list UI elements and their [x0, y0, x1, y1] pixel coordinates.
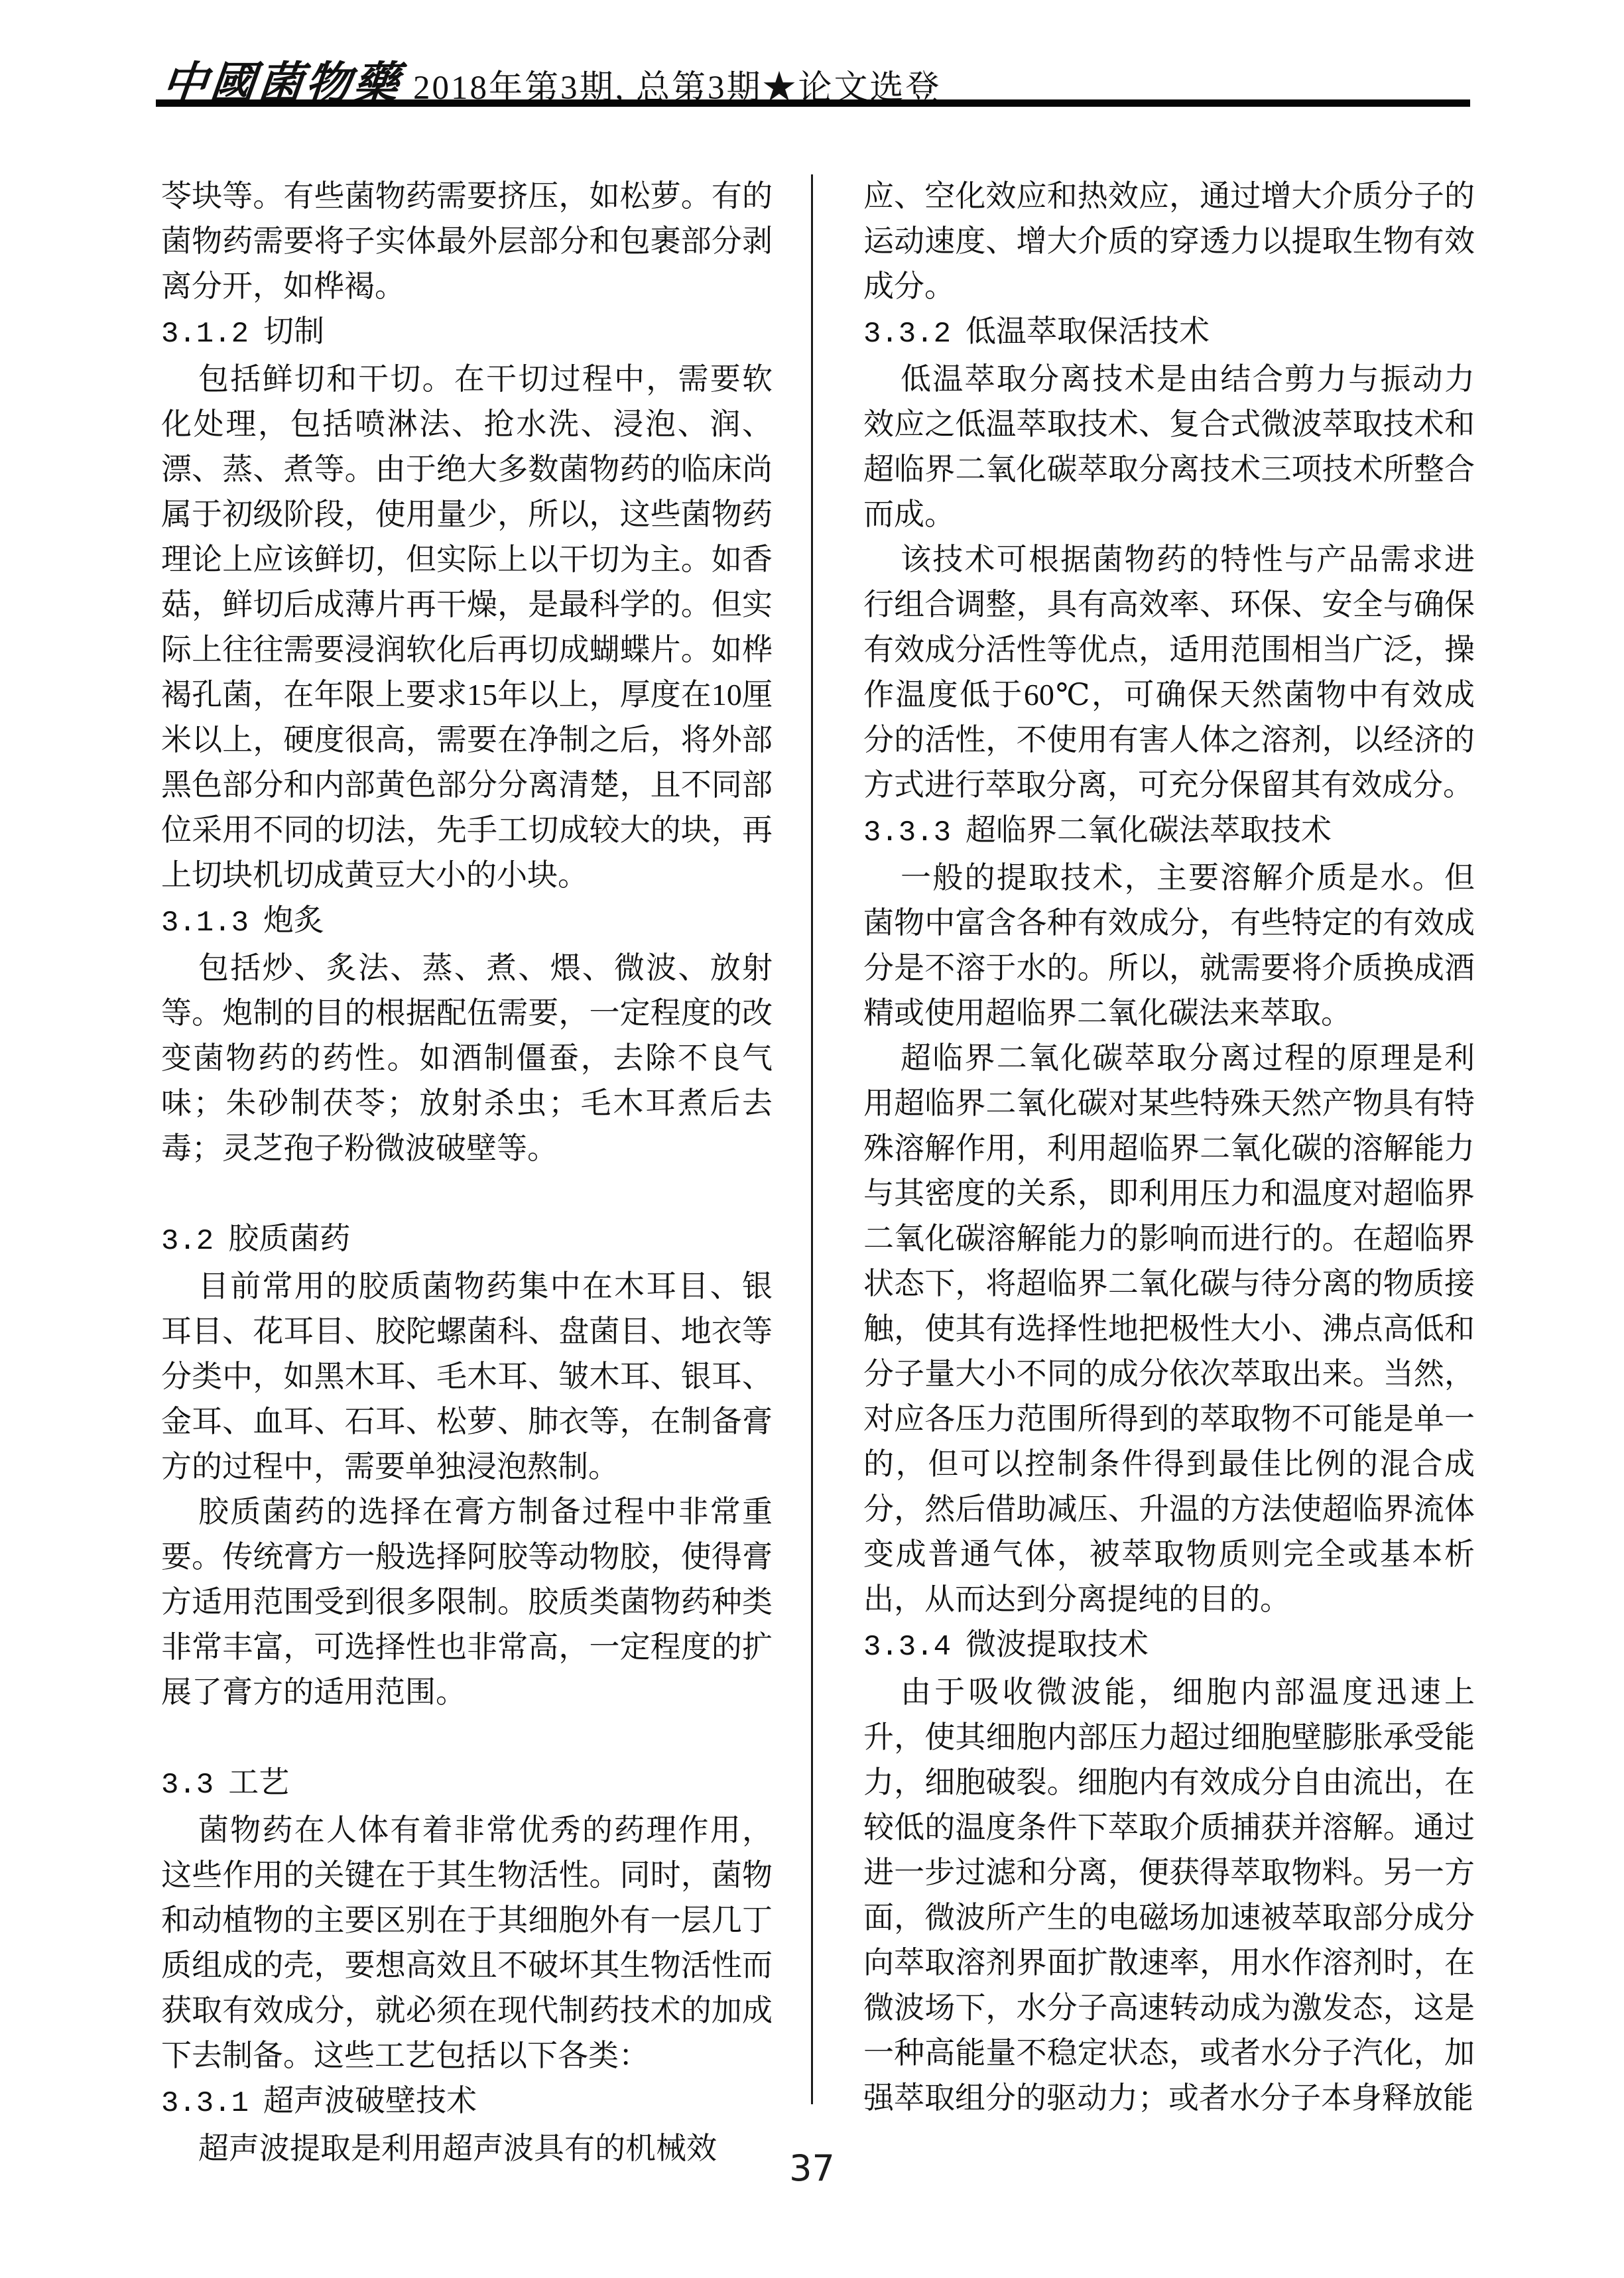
section-heading: 3.3工艺 — [161, 1760, 773, 1808]
paragraph: 一般的提取技术，主要溶解介质是水。但菌物中富含各种有效成分，有些特定的有效成分是… — [863, 855, 1475, 1036]
section-heading: 3.1.3炮炙 — [161, 898, 773, 946]
paragraph: 包括鲜切和干切。在干切过程中，需要软化处理，包括喷淋法、抢水洗、浸泡、润、漂、蒸… — [161, 357, 773, 898]
section-heading: 3.3.1超声波破壁技术 — [161, 2078, 773, 2126]
section-title: 胶质菌药 — [228, 1222, 350, 1255]
section-title: 超临界二氧化碳法萃取技术 — [966, 813, 1332, 847]
section-heading: 3.3.3超临界二氧化碳法萃取技术 — [863, 808, 1475, 855]
section-heading: 3.3.2低温萃取保活技术 — [863, 309, 1475, 357]
section-title: 微波提取技术 — [966, 1627, 1149, 1661]
paragraph: 苓块等。有些菌物药需要挤压，如松萝。有的菌物药需要将子实体最外层部分和包裹部分剥… — [161, 174, 773, 309]
section-number: 3.3.1 — [161, 2087, 249, 2120]
paragraph: 菌物药在人体有着非常优秀的药理作用，这些作用的关键在于其生物活性。同时，菌物和动… — [161, 1808, 773, 2078]
left-column: 苓块等。有些菌物药需要挤压，如松萝。有的菌物药需要将子实体最外层部分和包裹部分剥… — [161, 174, 773, 2171]
right-column: 应、空化效应和热效应，通过增大介质分子的运动速度、增大介质的穿透力以提取生物有效… — [863, 174, 1475, 2121]
paragraph-gap — [161, 1171, 773, 1216]
paragraph: 超临界二氧化碳萃取分离过程的原理是利用超临界二氧化碳对某些特殊天然产物具有特殊溶… — [863, 1036, 1475, 1622]
page-number: 37 — [0, 2147, 1624, 2189]
paragraph: 目前常用的胶质菌物药集中在木耳目、银耳目、花耳目、胶陀螺菌科、盘菌目、地衣等分类… — [161, 1264, 773, 1489]
section-title: 超声波破壁技术 — [263, 2084, 477, 2118]
header-rule — [156, 99, 1470, 107]
section-number: 3.1.3 — [161, 907, 249, 940]
section-number: 3.3.4 — [863, 1631, 951, 1664]
section-number: 3.3.3 — [863, 816, 951, 850]
section-heading: 3.1.2切制 — [161, 309, 773, 357]
section-number: 3.1.2 — [161, 318, 249, 351]
section-number: 3.3.2 — [863, 318, 951, 351]
paragraph: 应、空化效应和热效应，通过增大介质分子的运动速度、增大介质的穿透力以提取生物有效… — [863, 174, 1475, 309]
column-divider — [811, 174, 813, 2104]
section-title: 切制 — [263, 314, 324, 348]
paragraph: 胶质菌药的选择在膏方制备过程中非常重要。传统膏方一般选择阿胶等动物胶，使得膏方适… — [161, 1489, 773, 1715]
section-title: 工艺 — [228, 1765, 289, 1799]
section-title: 低温萃取保活技术 — [966, 314, 1210, 348]
section-heading: 3.3.4微波提取技术 — [863, 1622, 1475, 1670]
paragraph: 由于吸收微波能，细胞内部温度迅速上升，使其细胞内部压力超过细胞壁膨胀承受能力，细… — [863, 1670, 1475, 2121]
paragraph: 该技术可根据菌物药的特性与产品需求进行组合调整，具有高效率、环保、安全与确保有效… — [863, 537, 1475, 808]
section-title: 炮炙 — [263, 903, 324, 937]
journal-page: 中國菌物藥 2018年第3期, 总第3期★论文选登 苓块等。有些菌物药需要挤压，… — [0, 0, 1624, 2278]
paragraph: 低温萃取分离技术是由结合剪力与振动力效应之低温萃取技术、复合式微波萃取技术和超临… — [863, 357, 1475, 537]
section-number: 3.3 — [161, 1769, 214, 1802]
section-heading: 3.2胶质菌药 — [161, 1216, 773, 1264]
paragraph-gap — [161, 1715, 773, 1760]
paragraph: 包括炒、炙法、蒸、煮、煨、微波、放射等。炮制的目的根据配伍需要，一定程度的改变菌… — [161, 946, 773, 1171]
section-number: 3.2 — [161, 1225, 214, 1258]
